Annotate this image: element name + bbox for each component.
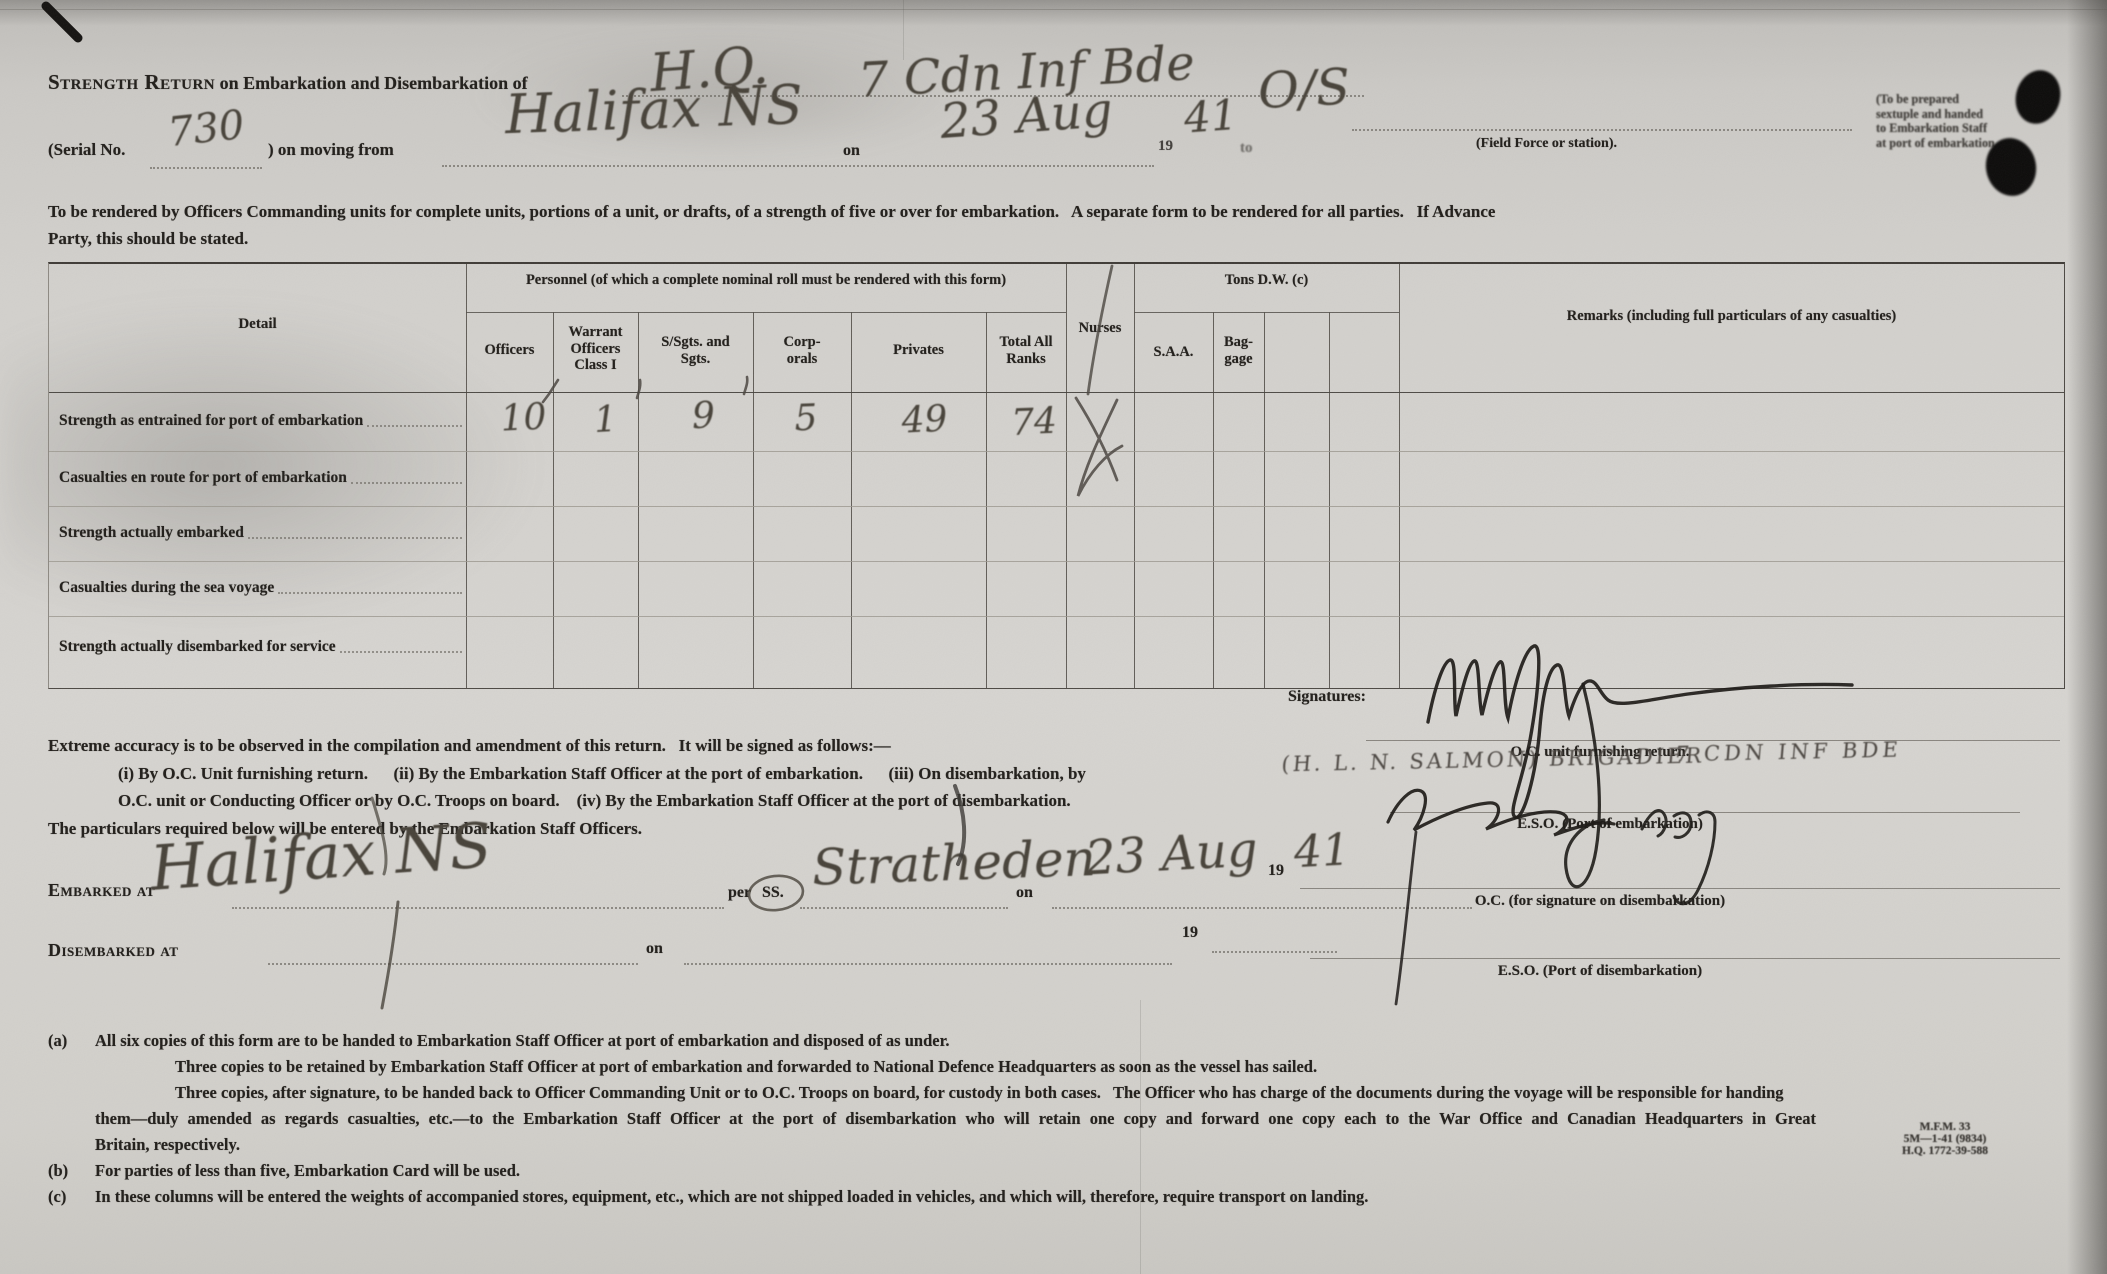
ship-name-handwritten: Stratheden [811, 829, 1097, 897]
disembarked-year-printed: 19 [1182, 924, 1198, 942]
accuracy-paragraph: Extreme accuracy is to be observed in th… [48, 732, 1086, 842]
row-dotted-leader [248, 537, 462, 539]
row-label: Casualties en route for port of embarkat… [59, 469, 347, 487]
row-label: Strength actually embarked [59, 524, 244, 542]
col-header-corporals: Corp- orals [772, 334, 832, 367]
value-corporals: 5 [756, 386, 856, 449]
signature-rule [1300, 888, 2060, 889]
instructions-paragraph: To be rendered by Officers Commanding un… [48, 198, 1495, 252]
value-ssgts: 9 [645, 384, 762, 448]
embarked-on-label: on [1016, 884, 1033, 902]
col-header-nurses: Nurses [1066, 320, 1134, 337]
table-row: Strength as entrained for port of embark… [59, 412, 466, 430]
oc-signature-descender-ink [1566, 684, 1604, 887]
serial-dotted-leader [150, 166, 262, 169]
row-dotted-leader [351, 482, 462, 484]
ss-label: SS. [762, 884, 784, 902]
footnote-label: (a) [48, 1028, 95, 1054]
col-header-ssgts: S/Sgts. and Sgts. [649, 334, 742, 367]
col-header-remarks: Remarks (including full particulars of a… [1429, 308, 2034, 325]
footnote-line: (b)For parties of less than five, Embark… [48, 1158, 1816, 1184]
col-header-saa: S.A.A. [1134, 344, 1213, 361]
from-place-handwritten: Halifax NS [504, 73, 804, 146]
disembarked-place-leader [268, 962, 638, 965]
header-on-label: on [843, 142, 860, 160]
ship-leader [800, 906, 1008, 909]
footnote-label: (c) [48, 1184, 95, 1210]
header-date-handwritten: 23 Aug [938, 82, 1114, 150]
embarked-date-handwritten: 23 Aug [1084, 822, 1259, 887]
col-header-warrant-officers: Warrant Officers Class I [555, 324, 636, 374]
row-dotted-leader [340, 651, 462, 653]
accuracy-line: (i) By O.C. Unit furnishing return. (ii)… [48, 760, 1086, 788]
moving-from-label: ) on moving from [268, 140, 394, 160]
halifax-descender-stroke [382, 902, 398, 1008]
footnote-text: For parties of less than five, Embarkati… [95, 1161, 520, 1180]
table-line [466, 264, 467, 688]
embarked-year-handwritten: 41 [1293, 825, 1352, 879]
footnote-text: In these columns will be entered the wei… [95, 1187, 1368, 1206]
signatures-label: Signatures: [1288, 688, 1366, 706]
header-to-label: to [1240, 140, 1253, 157]
scanned-form-page: Strength Return on Embarkation and Disem… [0, 0, 2107, 1274]
form-codes: M.F.M. 33 5M—1-41 (9834) H.Q. 1772-39-58… [1850, 1122, 2040, 1157]
oc-unit-name-handwritten: (H. L. N. SALMON) BRIGADIER [1281, 744, 1706, 777]
table-line [638, 312, 639, 688]
table-row: Strength actually disembarked for servic… [59, 638, 466, 656]
accuracy-line: O.C. unit or Conducting Officer or by O.… [48, 787, 1086, 815]
col-group-personnel: Personnel (of which a complete nominal r… [486, 272, 1046, 289]
destination-handwritten: O/S [1257, 58, 1352, 121]
table-line [466, 312, 1066, 313]
row-label: Casualties during the sea voyage [59, 579, 274, 597]
value-officers: 10 [478, 386, 568, 450]
instructions-line: To be rendered by Officers Commanding un… [48, 198, 1495, 225]
col-header-officers: Officers [466, 342, 553, 359]
table-line [1134, 264, 1135, 688]
accuracy-line: Extreme accuracy is to be observed in th… [48, 732, 1086, 760]
table-line [1329, 312, 1330, 688]
value-total-all-ranks: 74 [993, 391, 1075, 454]
footnote-line: Britain, respectively. [48, 1132, 1816, 1158]
table-line [1264, 312, 1265, 688]
table-row: Strength actually embarked [59, 524, 466, 542]
signature-rule [1390, 812, 2020, 813]
disembarked-on-label: on [646, 940, 663, 958]
form-title-rest: on Embarkation and Disembarkation of [215, 73, 528, 93]
eso-embark-caption: E.S.O. (Port of embarkation) [1390, 816, 1830, 833]
per-label: per [728, 884, 751, 902]
footnote-line: Three copies, after signature, to be han… [48, 1080, 1816, 1106]
form-title-lead: Strength Return [48, 70, 215, 94]
footnote-text: them—duly amended as regards casualties,… [95, 1109, 1816, 1128]
form-code-line: 5M—1-41 (9834) [1850, 1134, 2040, 1146]
field-force-caption: (Field Force or station). [1476, 136, 1617, 152]
row-dotted-leader [367, 425, 462, 427]
footnote-text: Three copies, after signature, to be han… [175, 1083, 1784, 1102]
value-privates: 49 [856, 387, 994, 454]
table-line [753, 312, 754, 688]
form-title: Strength Return on Embarkation and Disem… [48, 70, 528, 95]
footnote-label: (b) [48, 1158, 95, 1184]
value-warrant-officers: 1 [561, 388, 649, 452]
table-line [1134, 312, 1399, 313]
embarked-place-leader [232, 906, 724, 909]
disembarked-at-label: Disembarked at [48, 940, 178, 961]
footnote-line: Three copies to be retained by Embarkati… [48, 1054, 1816, 1080]
col-header-total: Total All Ranks [991, 334, 1061, 367]
footnote-text: Three copies to be retained by Embarkati… [175, 1057, 1317, 1076]
header-year-printed: 19 [1158, 138, 1173, 155]
header-year-handwritten: 41 [1182, 90, 1239, 143]
table-line [986, 312, 987, 688]
footnote-line: (a)All six copies of this form are to be… [48, 1028, 1816, 1054]
field-force-dotted-leader [1352, 128, 1852, 131]
table-line [851, 312, 852, 688]
footnote-line: (c)In these columns will be entered the … [48, 1184, 1816, 1210]
footnote-text: All six copies of this form are to be ha… [95, 1031, 950, 1050]
disembarked-date-leader [684, 962, 1172, 965]
col-group-tons: Tons D.W. (c) [1221, 272, 1312, 289]
table-row-line [49, 561, 2064, 562]
table-row: Casualties en route for port of embarkat… [59, 469, 466, 487]
footnotes: (a)All six copies of this form are to be… [48, 1028, 1816, 1210]
table-line [553, 312, 554, 688]
row-dotted-leader [278, 592, 462, 594]
table-line [1399, 264, 1400, 688]
embarked-year-printed: 19 [1268, 862, 1284, 880]
eso-disembark-caption: E.S.O. (Port of disembarkation) [1390, 963, 1810, 980]
moving-from-dotted-leader [442, 164, 1154, 167]
embarked-at-label: Embarked at [48, 880, 155, 901]
table-row-line [49, 616, 2064, 617]
footnote-text: Britain, respectively. [95, 1135, 240, 1154]
serial-label: (Serial No. [48, 140, 125, 160]
table-row: Casualties during the sea voyage [59, 579, 466, 597]
signature-rule [1310, 958, 2060, 959]
corner-pen-mark [46, 6, 78, 38]
footnote-line: them—duly amended as regards casualties,… [48, 1106, 1816, 1132]
instructions-line: Party, this should be stated. [48, 225, 1495, 252]
serial-number-handwritten: 730 [166, 102, 247, 156]
table-row-line [49, 506, 2064, 507]
oc-disembark-caption: O.C. (for signature on disembarkation) [1380, 893, 1820, 910]
col-header-detail: Detail [49, 316, 466, 333]
col-header-privates: Privates [851, 342, 986, 359]
corner-note-line: to Embarkation Staff [1876, 121, 2071, 136]
form-code-line: H.Q. 1772-39-588 [1850, 1146, 2040, 1158]
strength-table: Detail Personnel (of which a complete no… [48, 262, 2065, 689]
paper-texture-top [0, 0, 2107, 26]
disembarked-year-leader [1212, 950, 1337, 953]
paper-edge-right [2067, 0, 2107, 1274]
row-label: Strength actually disembarked for servic… [59, 638, 336, 656]
table-line [1213, 312, 1214, 688]
scan-line [0, 9, 2107, 10]
oc-unit-bde-handwritten: 7 CDN INF BDE [1675, 738, 1903, 767]
corner-note-line: at port of embarkation. [1876, 136, 2071, 151]
col-header-baggage: Bag- gage [1216, 334, 1261, 367]
row-label: Strength as entrained for port of embark… [59, 412, 363, 430]
